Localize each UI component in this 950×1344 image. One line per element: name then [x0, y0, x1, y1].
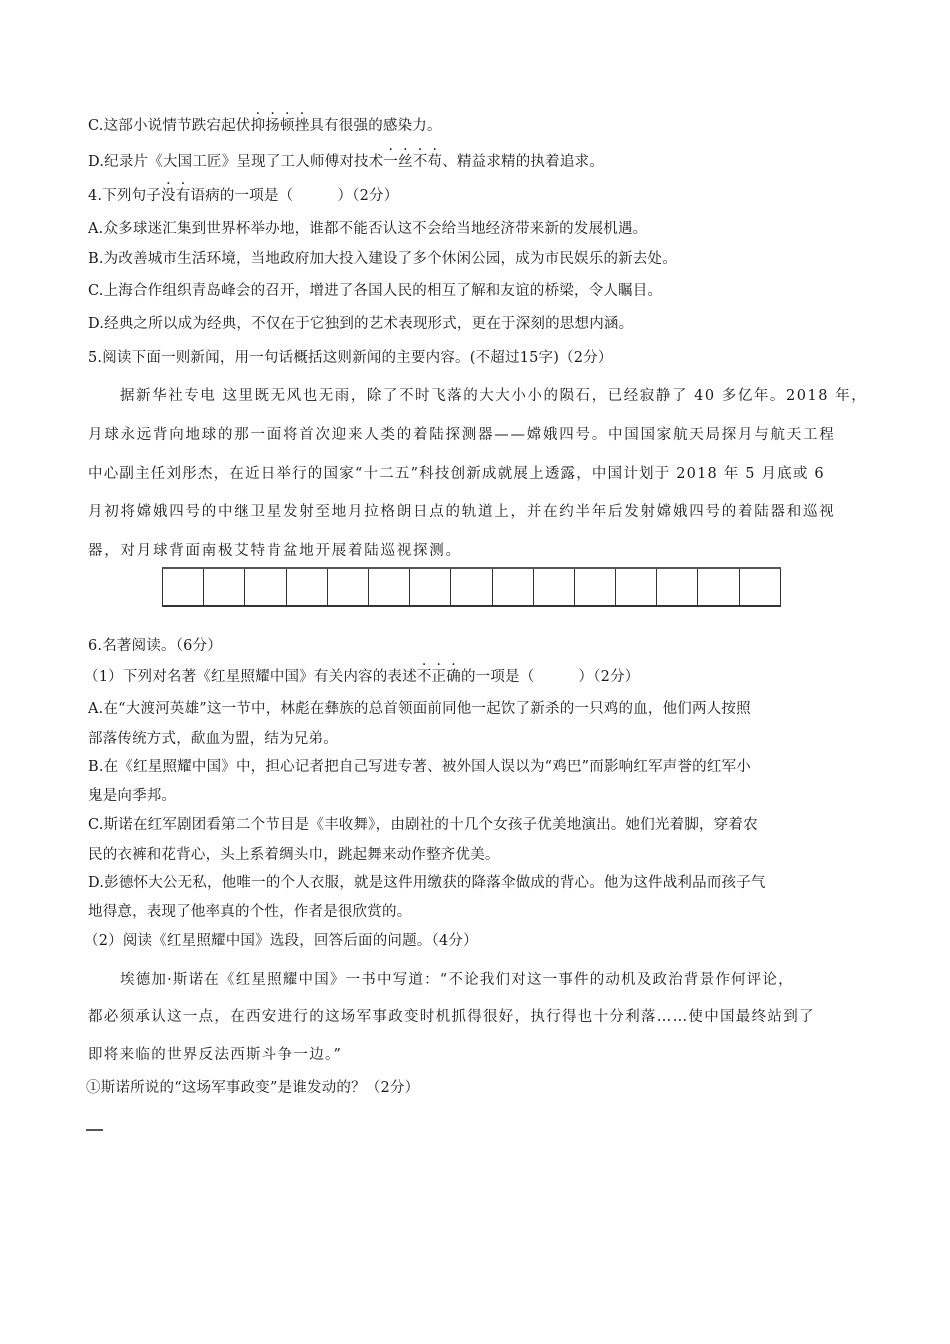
q3-option-d: D.纪录片《大国工匠》呈现了工人师傅对技术一丝不苟、精益求精的执着追求。 — [88, 152, 604, 172]
emphasized-char: 抑 — [251, 118, 266, 134]
q6-option-b-line2: 鬼是向季邦。 — [88, 786, 176, 806]
q6-option-d-line1: D.彭德怀大公无私，他唯一的个人衣服，就是这件用缴获的降落伞做成的背心。他为这件… — [88, 873, 766, 893]
q6-sub1-stem: （1）下列对名著《红星照耀中国》有关内容的表述不正确的一项是（ ）（2分） — [84, 667, 640, 687]
emphasized-char: 挫 — [295, 118, 310, 134]
answer-cell[interactable] — [204, 569, 245, 605]
stem-text: 4.下列句子 — [88, 188, 161, 204]
option-text: D.纪录片《大国工匠》呈现了工人师傅对技术 — [88, 154, 383, 170]
stem-text: 的一项是（ ）（2分） — [461, 669, 640, 685]
q4-option-b: B.为改善城市生活环境，当地政府加大投入建设了多个休闲公园，成为市民娱乐的新去处… — [88, 249, 677, 269]
passage-line: 都必须承认这一点，在西安进行的这场军事政变时机抓得很好，执行得也十分利落……使中… — [88, 1005, 868, 1026]
answer-cell[interactable] — [410, 569, 451, 605]
answer-cell[interactable] — [369, 569, 410, 605]
answer-cell[interactable] — [575, 569, 616, 605]
q3-option-c: C.这部小说情节跌宕起伏抑扬顿挫具有很强的感染力。 — [88, 116, 442, 136]
emphasized-char: 丝 — [398, 154, 413, 170]
answer-cell[interactable] — [328, 569, 369, 605]
passage-line: 即将来临的世界反法西斯斗争一边。” — [88, 1043, 868, 1064]
answer-cell[interactable] — [616, 569, 657, 605]
emphasized-char: 顿 — [280, 118, 295, 134]
q4-option-a: A.众多球迷汇集到世界杯举办地，谁都不能否认这不会给当地经济带来新的发展机遇。 — [88, 219, 647, 239]
q6-option-a-line1: A.在“大渡河英雄”这一节中，林彪在彝族的总首领面前同他一起饮了新杀的一只鸡的血… — [88, 699, 751, 719]
q4-stem: 4.下列句子没有语病的一项是（ ）（2分） — [88, 186, 398, 206]
q6-option-c-line2: 民的衣裤和花背心，头上系着绸头巾，跳起舞来动作整齐优美。 — [88, 845, 500, 865]
emphasized-char: 不 — [417, 669, 432, 685]
stem-text: （1）下列对名著《红星照耀中国》有关内容的表述 — [84, 669, 417, 685]
news-line: 月球永远背向地球的那一面将首次迎来人类的着陆探测器——嫦娥四号。中国国家航天局探… — [88, 423, 868, 444]
news-line: 据新华社专电 这里既无风也无雨，除了不时飞落的大大小小的陨石，已经寂静了 40 … — [120, 384, 900, 405]
q6-sub2-question1: ①斯诺所说的“这场军事政变”是谁发动的？（2分） — [86, 1078, 419, 1098]
option-text: 、精益求精的执着追求。 — [442, 154, 604, 170]
news-line: 器，对月球背面南极艾特肯盆地开展着陆巡视探测。 — [88, 539, 868, 560]
option-text: 具有很强的感染力。 — [309, 118, 441, 134]
answer-cell[interactable] — [245, 569, 286, 605]
emphasized-char: 正 — [432, 669, 447, 685]
emphasized-char: 一 — [383, 154, 398, 170]
news-line: 中心副主任刘彤杰，在近日举行的国家“十二五”科技创新成就展上透露，中国计划于 2… — [88, 462, 868, 483]
news-line: 月初将嫦娥四号的中继卫星发射至地月拉格朗日点的轨道上，并在约半年后发射嫦娥四号的… — [88, 500, 868, 521]
emphasized-char: 有 — [176, 188, 191, 204]
q6-sub2-stem: （2）阅读《红星照耀中国》选段，回答后面的问题。（4分） — [84, 931, 478, 951]
answer-grid[interactable] — [162, 567, 781, 607]
answer-cell[interactable] — [740, 569, 781, 605]
stem-text: 语病的一项是（ ）（2分） — [190, 188, 398, 204]
q6-option-a-line2: 部落传统方式，歃血为盟，结为兄弟。 — [88, 729, 338, 749]
answer-cell[interactable] — [534, 569, 575, 605]
passage-line: 埃德加·斯诺在《红星照耀中国》一书中写道：“不论我们对这一事件的动机及政治背景作… — [120, 968, 900, 989]
emphasized-char: 没 — [161, 188, 176, 204]
answer-cell[interactable] — [163, 569, 204, 605]
answer-cell[interactable] — [698, 569, 739, 605]
emphasized-char: 苟 — [428, 154, 443, 170]
q5-stem: 5.阅读下面一则新闻，用一句话概括这则新闻的主要内容。(不超过15字)（2分） — [88, 348, 613, 368]
q6-option-b-line1: B.在《红星照耀中国》中，担心记者把自己写进专著、被外国人误以为“鸡巴”而影响红… — [88, 757, 751, 777]
answer-cell[interactable] — [451, 569, 492, 605]
emphasized-char: 确 — [446, 669, 461, 685]
q6-option-c-line1: C.斯诺在红军剧团看第二个节目是《丰收舞》，由剧社的十几个女孩子优美地演出。她们… — [88, 815, 758, 835]
q4-option-c: C.上海合作组织青岛峰会的召开，增进了各国人民的相互了解和友谊的桥梁，令人瞩目。 — [88, 281, 662, 301]
answer-blank-line[interactable] — [86, 1129, 103, 1131]
q6-stem: 6.名著阅读。（6分） — [88, 636, 222, 656]
q6-option-d-line2: 地得意，表现了他率真的个性，作者是很欣赏的。 — [88, 902, 411, 922]
answer-cell[interactable] — [287, 569, 328, 605]
emphasized-char: 不 — [413, 154, 428, 170]
q4-option-d: D.经典之所以成为经典，不仅在于它独到的艺术表现形式，更在于深刻的思想内涵。 — [88, 314, 633, 334]
answer-cell[interactable] — [493, 569, 534, 605]
emphasized-char: 扬 — [265, 118, 280, 134]
option-text: C.这部小说情节跌宕起伏 — [88, 118, 251, 134]
answer-cell[interactable] — [657, 569, 698, 605]
